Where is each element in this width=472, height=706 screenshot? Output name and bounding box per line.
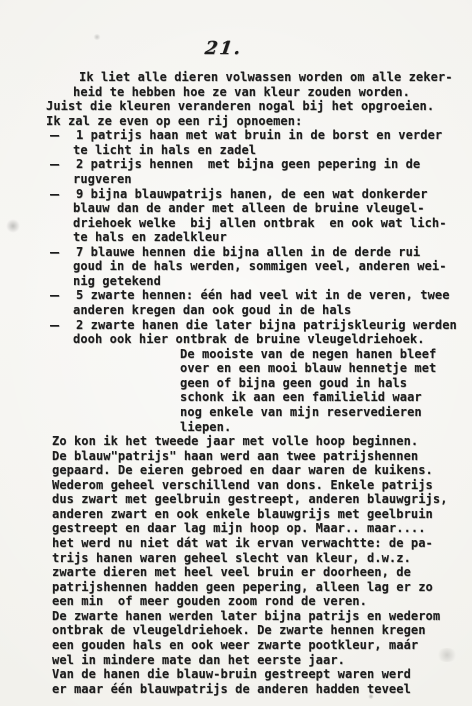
text-line: —7 blauwe hennen die bijna allen in de d… [50,245,468,260]
text-line: het werd nu niet dát wat ik ervan verwac… [52,536,468,551]
bullet-dash: — [50,288,83,303]
text-line: een min of meer gouden zoom rond de vere… [52,594,468,609]
page-number: 21. [204,38,244,59]
text-line: —9 bijna blauwpatrijs hanen, de een wat … [50,187,468,202]
text-line: Ik liet alle dieren volwassen worden om … [79,70,468,85]
text-line: heid te hebben hoe ze van kleur zouden w… [73,85,468,100]
text-line: Zo kon ik het tweede jaar met volle hoop… [52,434,468,449]
text-line: —5 zwarte hennen: één had veel wit in de… [50,288,468,303]
text-line: liepen. [180,420,468,435]
text-line: te licht in hals en zadel [73,143,468,158]
bullet-text: 1 patrijs haan met wat bruin in de borst… [76,128,442,142]
text-line: driehoek welke bij allen ontbrak en ook … [73,216,468,231]
text-line: dooh ook hier ontbrak de bruine vleugeld… [73,332,468,347]
text-line: —1 patrijs haan met wat bruin in de bors… [50,128,468,143]
text-line: blauw dan de ander met alleen de bruine … [73,201,468,216]
text-line: gepaard. De eieren gebroed en daar waren… [52,463,468,478]
text-line: wel in mindere mate dan het eerste jaar. [52,653,468,668]
text-line: zwarte dieren met heel veel bruin er doo… [52,565,468,580]
text-line: te hals en zadelkleur [73,230,468,245]
bullet-text: 7 blauwe hennen die bijna allen in de de… [76,245,420,259]
text-line: De zwarte hanen werden later bijna patri… [52,609,468,624]
text-line: anderen zwart en ook enkele blauwgrijs m… [52,507,468,522]
text-line: over en een mooi blauw hennetje met [180,361,468,376]
text-line: —2 patrijs hennen met bijna geen peperin… [50,157,468,172]
text-line: Juist die kleuren veranderen nogal bij h… [46,99,468,114]
text-line: goud in de hals werden, sommigen veel, a… [73,259,468,274]
bullet-dash: — [50,318,83,333]
text-line: dus zwart met geelbruin gestreept, ander… [52,492,468,507]
scan-artifact [4,216,23,236]
text-line: schonk ik aan een familielid waar [180,390,468,405]
text-body: Ik liet alle dieren volwassen worden om … [46,70,468,696]
bullet-text: 2 zwarte hanen die later bijna patrijskl… [76,318,457,332]
text-line: geen of bijna geen goud in hals [180,376,468,391]
bullet-text: 2 patrijs hennen met bijna geen pepering… [76,157,420,171]
text-line: gestreept en daar lag mijn hoop op. Maar… [52,521,468,536]
scan-artifact [93,34,101,40]
text-line: patrijshennen hadden geen pepering, alle… [52,580,468,595]
text-line: De mooiste van de negen hanen bleef [180,347,468,362]
text-line: Van de hanen die blauw-bruin gestreept w… [52,667,468,682]
text-line: er maar één blauwpatrijs de anderen hadd… [52,682,468,697]
text-line: Ik zal ze even op een rij opnoemen: [46,114,468,129]
text-line: —2 zwarte hanen die later bijna patrijsk… [50,318,468,333]
text-line: rugveren [73,172,468,187]
bullet-dash: — [50,187,83,202]
bullet-text: 5 zwarte hennen: één had veel wit in de … [76,288,450,302]
text-line: trijs hanen waren geheel slecht van kleu… [52,551,468,566]
bullet-dash: — [50,157,83,172]
text-line: een gouden hals en ook weer zwarte pootk… [52,638,468,653]
scanned-page: 21. Ik liet alle dieren volwassen worden… [0,0,472,706]
bullet-text: 9 bijna blauwpatrijs hanen, de een wat d… [76,187,428,201]
text-line: De blauw"patrijs" haan werd aan twee pat… [52,449,468,464]
text-line: ontbrak de vleugeldriehoek. De zwarte he… [52,623,468,638]
text-line: nig getekend [73,274,468,289]
text-line: nog enkele van mijn reservedieren [180,405,468,420]
bullet-dash: — [50,245,83,260]
text-line: Wederom geheel verschillend van dons. En… [52,478,468,493]
bullet-dash: — [50,128,83,143]
text-line: anderen kregen dan ook goud in de hals [73,303,468,318]
